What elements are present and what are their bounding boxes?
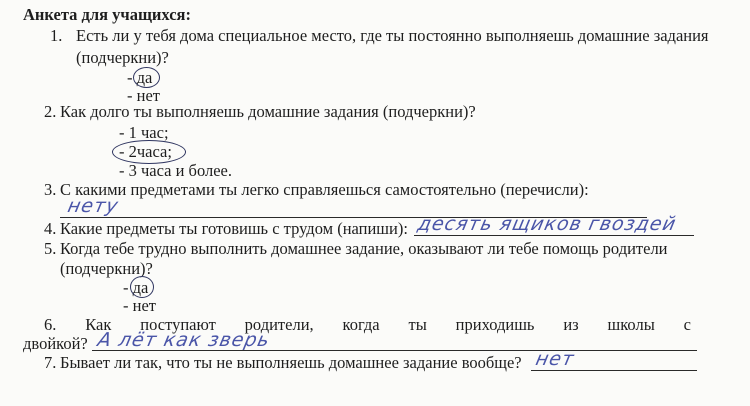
q6-answer[interactable]: А лёт как зверь [96, 329, 273, 351]
q4-text: Какие предметы ты готовишь с трудом (нап… [60, 220, 408, 238]
q2-text: Как долго ты выполняешь домашние задания… [60, 103, 476, 121]
answer-line [414, 235, 694, 236]
q6-text-cont: двойкой? [23, 335, 88, 353]
q5-text: Когда тебе трудно выполнить домашнее зад… [60, 240, 668, 258]
q1-text-cont: (подчеркни)? [76, 49, 169, 67]
form-title: Анкета для учащихся: [23, 6, 191, 24]
answer-line [92, 350, 697, 351]
q2-option-3h[interactable]: - 3 часа и более. [119, 162, 232, 180]
q3-answer[interactable]: нету [66, 195, 121, 217]
q5-number: 5. [44, 240, 56, 258]
q1-number: 1. [50, 27, 62, 45]
q7-number: 7. [44, 354, 56, 372]
q7-text: Бывает ли так, что ты не выполняешь дома… [60, 354, 522, 372]
answer-circle [133, 67, 160, 88]
q6-word: из [563, 316, 578, 334]
q7-answer[interactable]: нет [534, 348, 577, 370]
q6-word: приходишь [456, 316, 535, 334]
q3-number: 3. [44, 181, 56, 199]
q2-number: 2. [44, 103, 56, 121]
answer-line [531, 370, 697, 371]
q4-number: 4. [44, 220, 56, 238]
q3-text: С какими предметами ты легко справляешьс… [60, 181, 589, 199]
answer-circle [130, 276, 154, 298]
q6-word: с [684, 316, 691, 334]
q6-number: 6. [44, 316, 56, 334]
q6-word: ты [409, 316, 427, 334]
q6-word: когда [343, 316, 380, 334]
q4-answer[interactable]: десять ящиков гвоздей [416, 213, 679, 235]
q5-option-no[interactable]: - нет [123, 297, 156, 315]
q6-word: школы [608, 316, 655, 334]
q1-text: Есть ли у тебя дома специальное место, г… [76, 27, 709, 45]
